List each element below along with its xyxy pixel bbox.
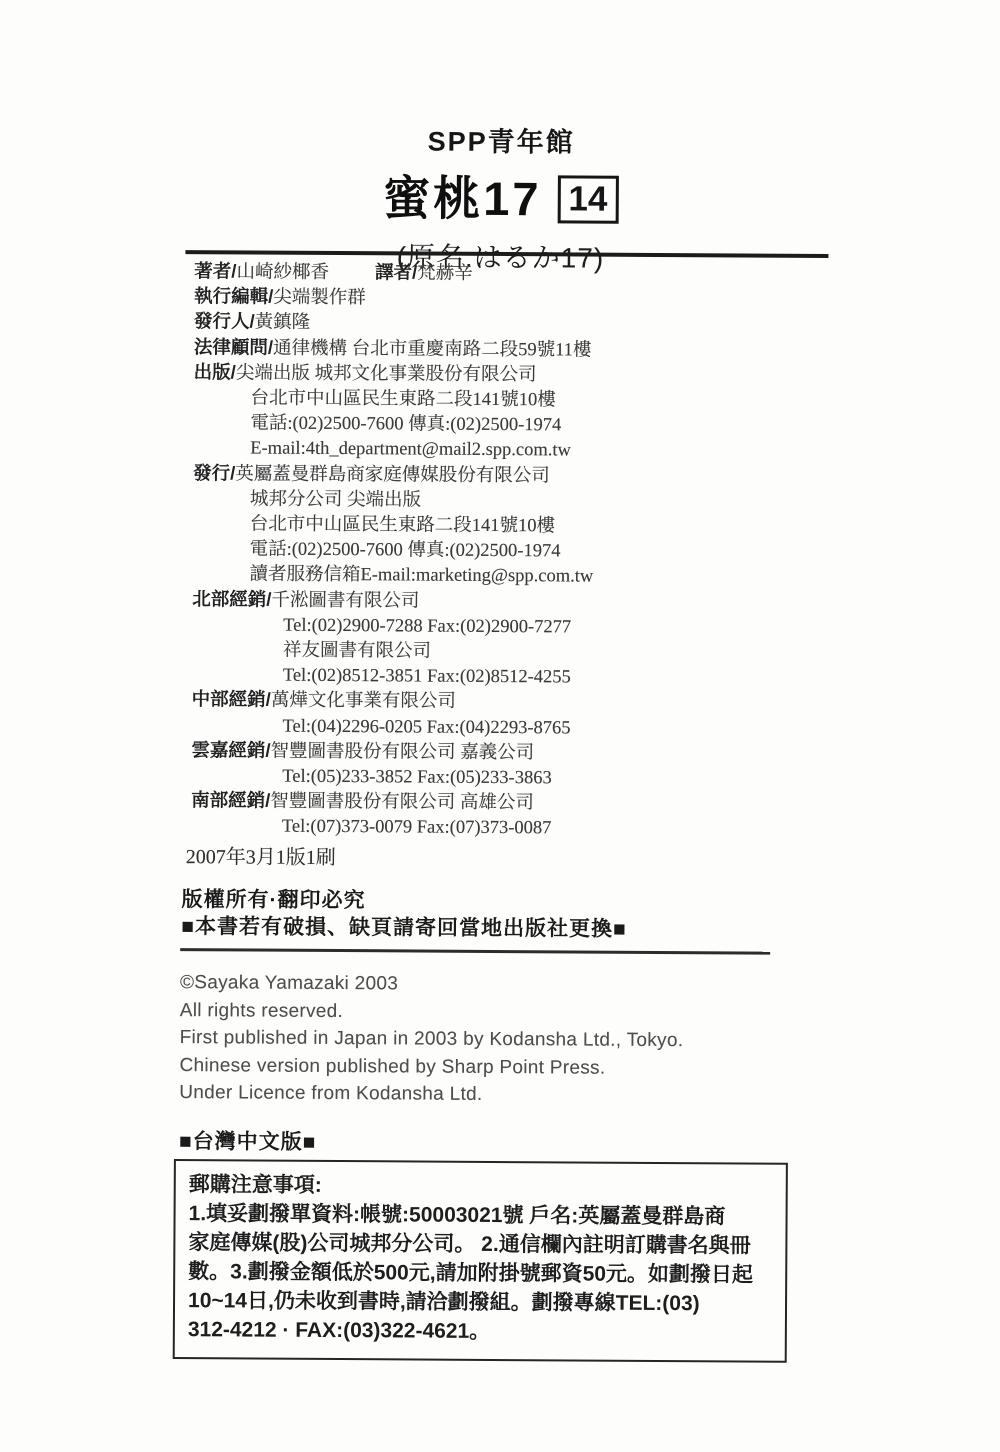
credit-label: 出版/	[194, 361, 236, 382]
mail-order-box: 郵購注意事項: 1.填妥劃撥單資料:帳號:50003021號 戶名:英屬蓋曼群島…	[173, 1159, 788, 1363]
edition-notice: ■台灣中文版■	[179, 1125, 317, 1156]
credit-line: 發行人/黃鎮隆	[194, 310, 595, 338]
credit-value: 電話:(02)2500-7600 傳真:(02)2500-1974	[250, 540, 561, 562]
credit-label: 著者/	[194, 260, 236, 281]
volume-badge: 14	[557, 175, 618, 223]
mail-order-line: 家庭傳媒(股)公司城邦分公司。 2.通信欄內註明訂購書名與冊	[188, 1228, 774, 1261]
credit-label: 譯者/	[375, 261, 417, 282]
credit-line: 中部經銷/萬燁文化事業有限公司	[192, 688, 593, 716]
credit-value: Tel:(07)373-0079 Fax:(07)373-0087	[282, 817, 552, 839]
mid-divider	[180, 948, 770, 955]
page-title: 蜜桃17	[383, 171, 542, 225]
scan-content: SPP青年館 蜜桃1714 (原名:はるか17) 著者/山崎紗椰香譯者/梵赫辛 …	[0, 0, 1000, 1452]
credit-value: Tel:(05)233-3852 Fax:(05)233-3863	[282, 767, 552, 789]
colophon-page: SPP青年館 蜜桃1714 (原名:はるか17) 著者/山崎紗椰香譯者/梵赫辛 …	[0, 0, 1000, 1452]
english-copyright-line: Under Licence from Kodansha Ltd.	[179, 1079, 683, 1110]
credit-label: 南部經銷/	[191, 789, 270, 810]
mail-order-heading: 郵購注意事項:	[189, 1170, 775, 1203]
credit-label: 雲嘉經銷/	[191, 739, 270, 760]
credit-line: 執行編輯/尖端製作群	[194, 284, 595, 312]
credit-line: 台北市中山區民生東路二段141號10樓	[193, 385, 594, 413]
credit-line: 雲嘉經銷/智豐圖書股份有限公司 嘉義公司	[191, 738, 592, 766]
english-copyright-block: ©Sayaka Yamazaki 2003 All rights reserve…	[179, 969, 684, 1110]
mail-order-line: 312-4212 · FAX:(03)322-4621。	[188, 1315, 774, 1348]
credit-value: 英屬蓋曼群島商家庭傳媒股份有限公司	[235, 464, 550, 486]
credit-line: 發行/英屬蓋曼群島商家庭傳媒股份有限公司	[193, 461, 594, 489]
credit-value: 尖端製作群	[273, 288, 366, 309]
credit-line: 電話:(02)2500-7600 傳真:(02)2500-1974	[193, 536, 594, 564]
credit-value: 黃鎮隆	[255, 313, 311, 333]
credit-line: 出版/尖端出版 城邦文化事業股份有限公司	[194, 360, 595, 388]
mail-order-line: 數。3.劃撥金額低於500元,請加附掛號郵資50元。如劃撥日起	[188, 1257, 774, 1290]
credit-line: Tel:(02)8512-3851 Fax:(02)8512-4255	[192, 662, 593, 690]
credit-line: 台北市中山區民生東路二段141號10樓	[193, 511, 594, 539]
credit-label: 執行編輯/	[194, 285, 273, 306]
english-copyright-line: ©Sayaka Yamazaki 2003	[180, 969, 684, 1000]
english-copyright-line: Chinese version published by Sharp Point…	[179, 1052, 683, 1083]
credit-line: E-mail:4th_department@mail2.spp.com.tw	[193, 436, 594, 464]
mail-order-line: 1.填妥劃撥單資料:帳號:50003021號 戶名:英屬蓋曼群島商	[188, 1199, 774, 1232]
credit-line: 北部經銷/千淞圖書有限公司	[192, 587, 593, 615]
credit-value: 智豐圖書股份有限公司 嘉義公司	[270, 741, 534, 763]
credit-value: 萬燁文化事業有限公司	[271, 691, 456, 712]
credit-line: 祥友圖書有限公司	[192, 637, 593, 665]
mail-order-line: 10~14日,仍未收到書時,請洽劃撥組。劃撥專線TEL:(03)	[188, 1286, 774, 1319]
credit-value: 電話:(02)2500-7600 傳真:(02)2500-1974	[250, 414, 561, 436]
credit-label: 中部經銷/	[192, 689, 271, 710]
credit-value: 城邦分公司 尖端出版	[250, 489, 421, 510]
credit-label: 法律顧問/	[194, 336, 273, 357]
credit-line: 城邦分公司 尖端出版	[193, 486, 594, 514]
english-copyright-line: First published in Japan in 2003 by Koda…	[180, 1024, 684, 1055]
credit-line: Tel:(02)2900-7288 Fax:(02)2900-7277	[192, 612, 593, 640]
credit-line: 著者/山崎紗椰香譯者/梵赫辛	[194, 259, 595, 287]
credit-value: 智豐圖書股份有限公司 高雄公司	[270, 792, 534, 814]
credit-value: 讀者服務信箱E-mail:marketing@spp.com.tw	[249, 565, 593, 587]
credit-value: 山崎紗椰香	[236, 262, 329, 283]
credit-line: Tel:(07)373-0079 Fax:(07)373-0087	[191, 814, 592, 842]
credit-line: Tel:(05)233-3852 Fax:(05)233-3863	[191, 763, 592, 791]
print-date: 2007年3月1版1刷	[186, 840, 336, 870]
credit-line: Tel:(04)2296-0205 Fax:(04)2293-8765	[191, 713, 592, 741]
credit-value: Tel:(02)8512-3851 Fax:(02)8512-4255	[283, 666, 571, 688]
credit-value: 梵赫辛	[417, 263, 473, 283]
credit-line: 讀者服務信箱E-mail:marketing@spp.com.tw	[192, 562, 593, 590]
credit-value: Tel:(04)2296-0205 Fax:(04)2293-8765	[282, 716, 570, 738]
credits-block: 著者/山崎紗椰香譯者/梵赫辛 執行編輯/尖端製作群 發行人/黃鎮隆 法律顧問/通…	[191, 259, 595, 841]
imprint-label: SPP青年館	[1, 117, 1000, 162]
title-row: 蜜桃1714	[1, 159, 1000, 232]
replacement-notice: ■本書若有破損、缺頁請寄回當地出版社更換■	[181, 910, 627, 943]
credit-value: Tel:(02)2900-7288 Fax:(02)2900-7277	[283, 616, 571, 638]
credit-value: E-mail:4th_department@mail2.spp.com.tw	[250, 439, 571, 461]
credit-value: 通律機構 台北市重慶南路二段59號11樓	[273, 338, 592, 360]
credit-label: 北部經銷/	[192, 588, 271, 609]
credit-line: 電話:(02)2500-7600 傳真:(02)2500-1974	[193, 410, 594, 438]
credit-value: 台北市中山區民生東路二段141號10樓	[250, 388, 555, 410]
credit-value: 祥友圖書有限公司	[283, 641, 431, 662]
credit-label: 發行人/	[194, 311, 255, 332]
credit-value: 尖端出版 城邦文化事業股份有限公司	[236, 363, 537, 385]
credit-label: 發行/	[193, 462, 235, 483]
credit-value: 台北市中山區民生東路二段141號10樓	[250, 515, 555, 537]
credit-line: 南部經銷/智豐圖書股份有限公司 高雄公司	[191, 788, 592, 816]
english-copyright-line: All rights reserved.	[180, 997, 684, 1028]
credit-value: 千淞圖書有限公司	[271, 590, 419, 611]
credit-line: 法律顧問/通律機構 台北市重慶南路二段59號11樓	[194, 335, 595, 363]
